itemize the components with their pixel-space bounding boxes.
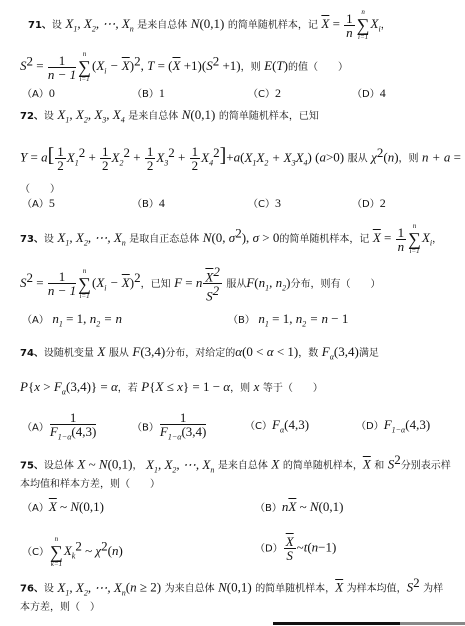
question-72-line2: Y = a[12X12 + 12X22 + 12X32 + 12X42]+a(X… — [20, 145, 461, 172]
question-74-option-d[interactable]: （D）F1−α(4,3) — [356, 418, 430, 438]
question-74-line1: 74、设随机变量 X 服从 F(3,4)分布，对给定的α(0 < α < 1)，… — [20, 345, 379, 365]
question-74-line2: P{x > Fα(3,4)} = α，若 P{X ≤ x} = 1 − α，则 … — [20, 380, 323, 400]
question-71-option-d[interactable]: （D）4 — [352, 86, 386, 102]
question-73-option-a[interactable]: （A） n1 = 1, n2 = n — [22, 312, 122, 332]
question-75-option-a[interactable]: （A）X ~ N(0,1) — [22, 500, 104, 516]
question-72-option-d[interactable]: （D）2 — [352, 196, 386, 212]
question-number: 74、 — [20, 348, 44, 359]
question-76-line2: 本方差，则（ ） — [20, 600, 100, 615]
question-71-line1: 71、设 X1, X2, ⋯, Xn 是来自总体 N(0,1) 的简单随机样本，… — [28, 8, 391, 42]
question-74-option-c[interactable]: （C）Fα(4,3) — [245, 418, 309, 438]
question-74-option-b[interactable]: （B）1F1−α(3,4) — [132, 411, 207, 444]
question-75-line2: 本均值和样本方差，则（ ） — [20, 477, 160, 492]
question-number: 72、 — [20, 111, 44, 122]
question-72-option-b[interactable]: （B）4 — [132, 196, 165, 212]
question-71-option-c[interactable]: （C）2 — [248, 86, 281, 102]
question-75-line1: 75、设总体 X ~ N(0,1)， X1, X2, ⋯, Xn 是来自总体 X… — [20, 453, 451, 477]
question-76-line1: 76、设 X1, X2, ⋯, Xn(n ≥ 2) 为来自总体 N(0,1) 的… — [20, 576, 443, 600]
question-71-option-a[interactable]: （A）0 — [22, 86, 55, 102]
question-75-option-c[interactable]: （C）n∑k=1Xk2 ~ χ2(n) — [22, 535, 123, 569]
question-75-option-d[interactable]: （D）XS~t(n−1) — [255, 535, 336, 562]
question-73-option-b[interactable]: （B） n1 = 1, n2 = n − 1 — [228, 312, 348, 332]
question-72-line1: 72、设 X1, X2, X3, X4 是来自总体 N(0,1) 的简单随机样本… — [20, 108, 319, 128]
question-73-line2: S2 = 1n − 1n∑i=1(Xi − X)2，已知 F = nX2S2 服… — [20, 265, 380, 303]
question-number: 73、 — [20, 234, 44, 245]
scrollbar-thumb[interactable] — [273, 622, 400, 625]
question-74-option-a[interactable]: （A）1F1−α(4,3) — [22, 411, 97, 444]
question-number: 76、 — [20, 584, 44, 595]
question-72-option-a[interactable]: （A）5 — [22, 196, 55, 212]
question-71-line2: S2 = 1n − 1n∑i=1(Xi − X)2, T = (X +1)(S2… — [20, 50, 348, 84]
question-72-line3: （ ） — [20, 182, 60, 197]
question-72-option-c[interactable]: （C）3 — [248, 196, 281, 212]
question-number: 75、 — [20, 461, 44, 472]
scrollbar-track[interactable] — [400, 622, 465, 625]
question-71-option-b[interactable]: （B）1 — [132, 86, 165, 102]
question-73-line1: 73、设 X1, X2, ⋯, Xn 是取自正态总体 N(0, σ2), σ >… — [20, 222, 442, 256]
question-75-option-b[interactable]: （B）nX ~ N(0,1) — [255, 500, 343, 516]
question-number: 71、 — [28, 20, 52, 31]
